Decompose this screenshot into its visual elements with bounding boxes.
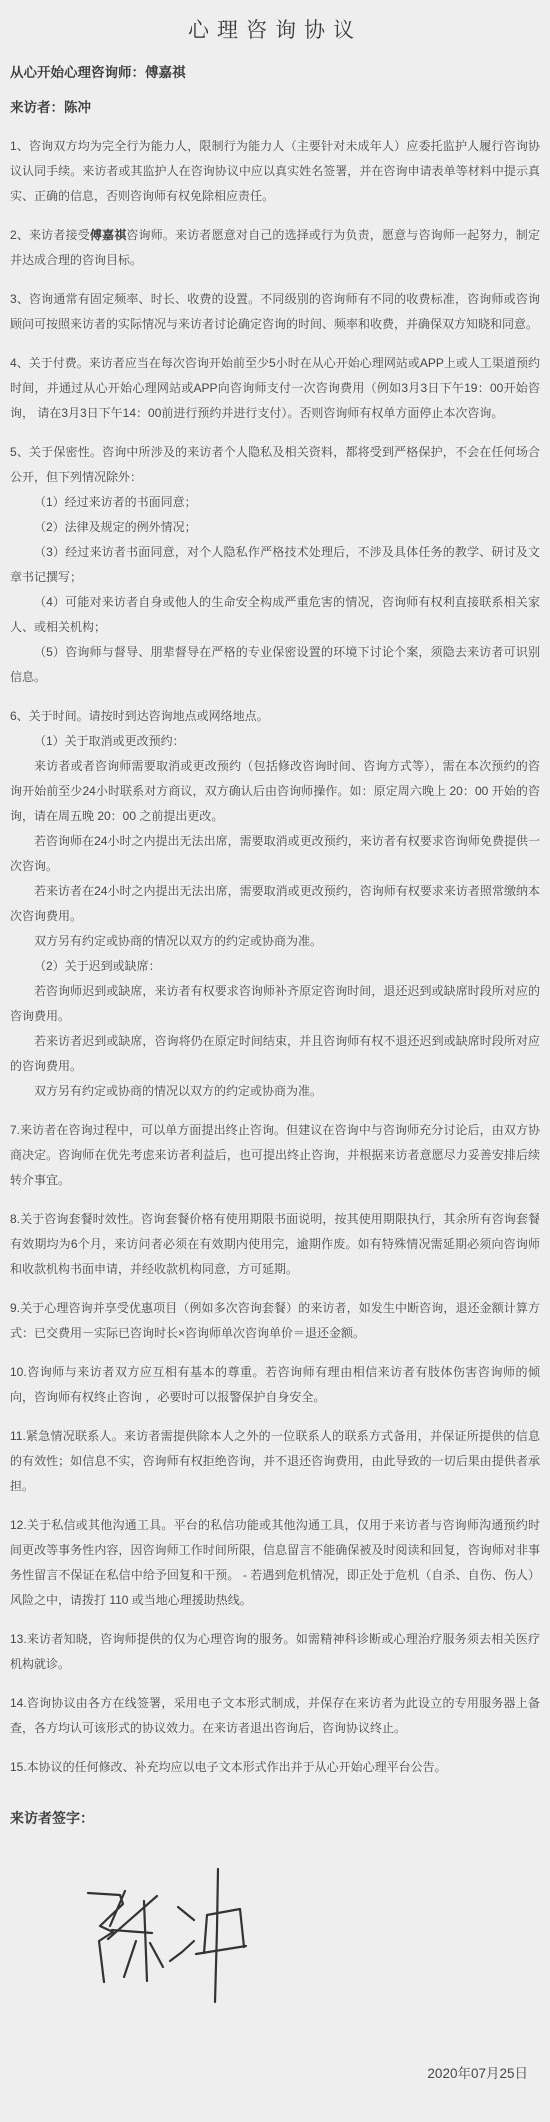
signature-stroke — [204, 1915, 207, 1953]
clause-15: 15.本协议的任何修改、补充均应以电子文本形式作出并于从心开始心理平台公告。 — [10, 1755, 540, 1780]
clause-text: 4、关于付费。来访者应当在每次咨询开始前至少5小时在从心开始心理网站或APP上或… — [10, 351, 540, 426]
clause-sub-item: （2）法律及规定的例外情况； — [10, 515, 540, 540]
clause-sub-item: 若来访者迟到或缺席，咨询将仍在原定时间结束，并且咨询师有权不退还迟到或缺席时段所… — [10, 1029, 540, 1079]
clause-5: 5、关于保密性。咨询中所涉及的来访者个人隐私及相关资料，都将受到严格保护，不会在… — [10, 440, 540, 690]
signature-stroke — [170, 1941, 194, 1961]
clause-text: 3、咨询通常有固定频率、时长、收费的设置。不同级别的咨询师有不同的收费标准，咨询… — [10, 287, 540, 337]
clause-text: 9.关于心理咨询并享受优惠项目（例如多次咨询套餐）的来访者，如发生中断咨询，退还… — [10, 1296, 540, 1346]
handwritten-signature — [80, 1864, 252, 2010]
clause-text: 5、关于保密性。咨询中所涉及的来访者个人隐私及相关资料，都将受到严格保护，不会在… — [10, 440, 540, 490]
clause-sub-item: 来访者或者咨询师需要取消或更改预约（包括修改咨询时间、咨询方式等），需在本次预约… — [10, 754, 540, 829]
clause-sub-item: （5）咨询师与督导、朋辈督导在严格的专业保密设置的环境下讨论个案，须隐去来访者可… — [10, 640, 540, 690]
clause-7: 7.来访者在咨询过程中，可以单方面提出终止咨询。但建议在咨询中与咨询师充分讨论后… — [10, 1118, 540, 1193]
clause-sub-item: 双方另有约定或协商的情况以双方的约定或协商为准。 — [10, 929, 540, 954]
clause-3: 3、咨询通常有固定频率、时长、收费的设置。不同级别的咨询师有不同的收费标准，咨询… — [10, 287, 540, 337]
clause-12: 12.关于私信或其他沟通工具。平台的私信功能或其他沟通工具，仅用于来访者与咨询师… — [10, 1513, 540, 1613]
page-title: 心理咨询协议 — [10, 14, 540, 44]
clause-text: 15.本协议的任何修改、补充均应以电子文本形式作出并于从心开始心理平台公告。 — [10, 1755, 540, 1780]
clause-text: 1、咨询双方均为完全行为能力人，限制行为能力人（主要针对未成年人）应委托监护人履… — [10, 134, 540, 209]
clause-13: 13.来访者知晓，咨询师提供的仅为心理咨询的服务。如需精神科诊断或心理治疗服务须… — [10, 1627, 540, 1677]
clause-4: 4、关于付费。来访者应当在每次咨询开始前至少5小时在从心开始心理网站或APP上或… — [10, 351, 540, 426]
clause-list: 1、咨询双方均为完全行为能力人，限制行为能力人（主要针对未成年人）应委托监护人履… — [10, 134, 540, 1780]
clause-sub-item: （2）关于迟到或缺席： — [10, 954, 540, 979]
clause-text: 7.来访者在咨询过程中，可以单方面提出终止咨询。但建议在咨询中与咨询师充分讨论后… — [10, 1118, 540, 1193]
clause-sub-item: 若咨询师在24小时之内提出无法出席，需要取消或更改预约，来访者有权要求咨询师免费… — [10, 829, 540, 879]
clause-2: 2、来访者接受傅嘉祺咨询师。来访者愿意对自己的选择或行为负责，愿意与咨询师一起努… — [10, 223, 540, 273]
signature-stroke — [144, 1901, 147, 1981]
clause-sub-item: （1）关于取消或更改预约： — [10, 729, 540, 754]
clause-9: 9.关于心理咨询并享受优惠项目（例如多次咨询套餐）的来访者，如发生中断咨询，退还… — [10, 1296, 540, 1346]
clause-sub-item: 若来访者在24小时之内提出无法出席，需要取消或更改预约，咨询师有权要求来访者照常… — [10, 879, 540, 929]
clause-sub-item: （3）经过来访者书面同意，对个人隐私作严格技术处理后，不涉及具体任务的教学、研讨… — [10, 540, 540, 590]
clause-14: 14.咨询协议由各方在线签署，采用电子文本形式制成，并保存在来访者为此设立的专用… — [10, 1691, 540, 1741]
clause-11: 11.紧急情况联系人。来访者需提供除本人之外的一位联系人的联系方式备用，并保证所… — [10, 1424, 540, 1499]
signature-stroke — [178, 1907, 194, 1920]
signature-area — [80, 1864, 252, 2010]
signature-stroke — [207, 1909, 244, 1947]
signature-stroke — [110, 1891, 125, 1926]
clause-text: 6、关于时间。请按时到达咨询地点或网络地点。 — [10, 704, 540, 729]
clause-sub-item: （1）经过来访者的书面同意； — [10, 490, 540, 515]
clause-text: 12.关于私信或其他沟通工具。平台的私信功能或其他沟通工具，仅用于来访者与咨询师… — [10, 1513, 540, 1613]
signature-stroke — [124, 1941, 136, 1977]
clause-text: 8.关于咨询套餐时效性。咨询套餐价格有使用期限书面说明，按其使用期限执行，其余所… — [10, 1207, 540, 1282]
visitor-signature-label: 来访者签字： — [10, 1808, 540, 1828]
clause-text: 10.咨询师与来访者双方应互相有基本的尊重。若咨询师有理由相信来访者有肢体伤害咨… — [10, 1360, 540, 1410]
clause-text: 11.紧急情况联系人。来访者需提供除本人之外的一位联系人的联系方式备用，并保证所… — [10, 1424, 540, 1499]
clause-1: 1、咨询双方均为完全行为能力人，限制行为能力人（主要针对未成年人）应委托监护人履… — [10, 134, 540, 209]
signature-stroke — [215, 1869, 218, 2002]
agreement-document: 心理咨询协议 从心开始心理咨询师：傅嘉祺 来访者：陈冲 1、咨询双方均为完全行为… — [0, 0, 550, 2122]
visitor-line: 来访者：陈冲 — [10, 99, 540, 117]
clause-10: 10.咨询师与来访者双方应互相有基本的尊重。若咨询师有理由相信来访者有肢体伤害咨… — [10, 1360, 540, 1410]
counselor-line: 从心开始心理咨询师：傅嘉祺 — [10, 64, 540, 82]
clause-text: 13.来访者知晓，咨询师提供的仅为心理咨询的服务。如需精神科诊断或心理治疗服务须… — [10, 1627, 540, 1677]
signature-stroke — [150, 1943, 163, 1967]
clause-8: 8.关于咨询套餐时效性。咨询套餐价格有使用期限书面说明，按其使用期限执行，其余所… — [10, 1207, 540, 1282]
clause-sub-item: 若咨询师迟到或缺席，来访者有权要求咨询师补齐原定咨询时间，退还迟到或缺席时段所对… — [10, 979, 540, 1029]
clause-sub-item: （4）可能对来访者自身或他人的生命安全构成严重危害的情况，咨询师有权利直接联系相… — [10, 590, 540, 640]
clause-sub-item: 双方另有约定或协商的情况以双方的约定或协商为准。 — [10, 1079, 540, 1104]
clause-6: 6、关于时间。请按时到达咨询地点或网络地点。（1）关于取消或更改预约：来访者或者… — [10, 704, 540, 1104]
clause-text: 14.咨询协议由各方在线签署，采用电子文本形式制成，并保存在来访者为此设立的专用… — [10, 1691, 540, 1741]
clause-text: 2、来访者接受傅嘉祺咨询师。来访者愿意对自己的选择或行为负责，愿意与咨询师一起努… — [10, 223, 540, 273]
signing-date: 2020年07月25日 — [10, 2062, 540, 2082]
